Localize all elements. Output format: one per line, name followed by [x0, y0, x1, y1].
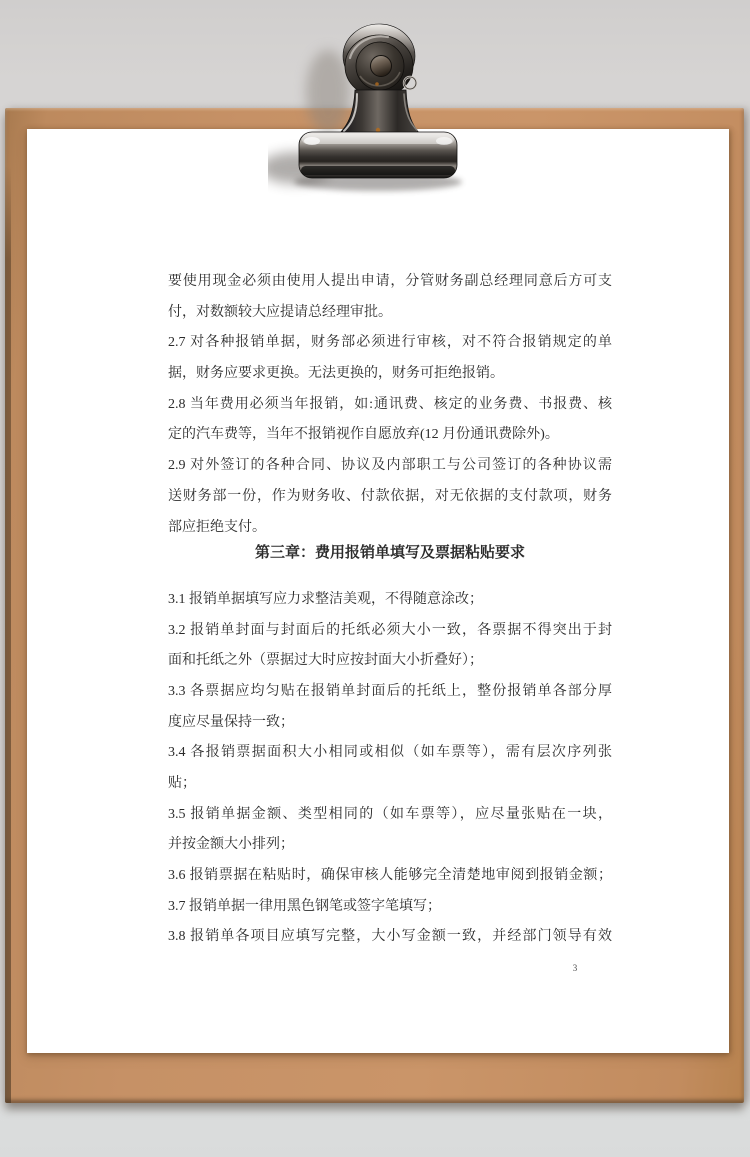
binder-clip-icon: [268, 10, 488, 210]
clip-head: [343, 24, 416, 97]
clipboard: 要使用现金必须由使用人提出申请，分管财务副总经理同意后方可支 付，对数额较大应提…: [5, 108, 744, 1103]
document-line: 要使用现金必须由使用人提出申请，分管财务副总经理同意后方可支: [168, 267, 612, 298]
document-line: 3.3 各票据应均匀贴在报销单封面后的托纸上，整份报销单各部分厚: [168, 677, 612, 708]
document-line: 3.1 报销单据填写应力求整洁美观，不得随意涂改；: [168, 585, 612, 616]
document-line: 据，财务应要求更换。无法更换的，财务可拒绝报销。: [168, 359, 612, 390]
document-line: 送财务部一份，作为财务收、付款依据，对无依据的支付款项，财务: [168, 482, 612, 513]
document-line: 3.5 报销单据金额、类型相同的（如车票等），应尽量张贴在一块，: [168, 800, 612, 831]
page-number: 3: [555, 963, 595, 973]
document-line: 2.7 对各种报销单据，财务部必须进行审核，对不符合报销规定的单: [168, 328, 612, 359]
document-line: 3.6 报销票据在粘贴时，确保审核人能够完全清楚地审阅到报销金额；: [168, 861, 612, 892]
photo-background: 要使用现金必须由使用人提出申请，分管财务副总经理同意后方可支 付，对数额较大应提…: [0, 0, 750, 1157]
document-line: 定的汽车费等，当年不报销视作自愿放弃(12 月份通讯费除外)。: [168, 420, 612, 451]
document-line: 2.9 对外签订的各种合同、协议及内部职工与公司签订的各种协议需: [168, 451, 612, 482]
clip-neck: [339, 90, 420, 134]
document-line: 3.8 报销单各项目应填写完整，大小写金额一致，并经部门领导有效: [168, 922, 612, 953]
clipboard-left-shadow-edge: [5, 166, 11, 1103]
document-line: 面和托纸之外（票据过大时应按封面大小折叠好）；: [168, 646, 612, 677]
document-page: 要使用现金必须由使用人提出申请，分管财务副总经理同意后方可支 付，对数额较大应提…: [27, 129, 729, 1053]
document-body: 要使用现金必须由使用人提出申请，分管财务副总经理同意后方可支 付，对数额较大应提…: [168, 267, 612, 953]
document-line: 3.2 报销单封面与封面后的托纸必须大小一致，各票据不得突出于封: [168, 616, 612, 647]
document-line: 3.7 报销单据一律用黑色钢笔或签字笔填写；: [168, 892, 612, 923]
document-line: 贴；: [168, 769, 612, 800]
document-line: 3.4 各报销票据面积大小相同或相似（如车票等），需有层次序列张: [168, 738, 612, 769]
document-line: 并按金额大小排列；: [168, 830, 612, 861]
document-line: 度应尽量保持一致；: [168, 708, 612, 739]
document-line: 付，对数额较大应提请总经理审批。: [168, 298, 612, 329]
clip-bar: [299, 132, 457, 178]
document-line: 2.8 当年费用必须当年报销，如:通讯费、核定的业务费、书报费、核: [168, 390, 612, 421]
